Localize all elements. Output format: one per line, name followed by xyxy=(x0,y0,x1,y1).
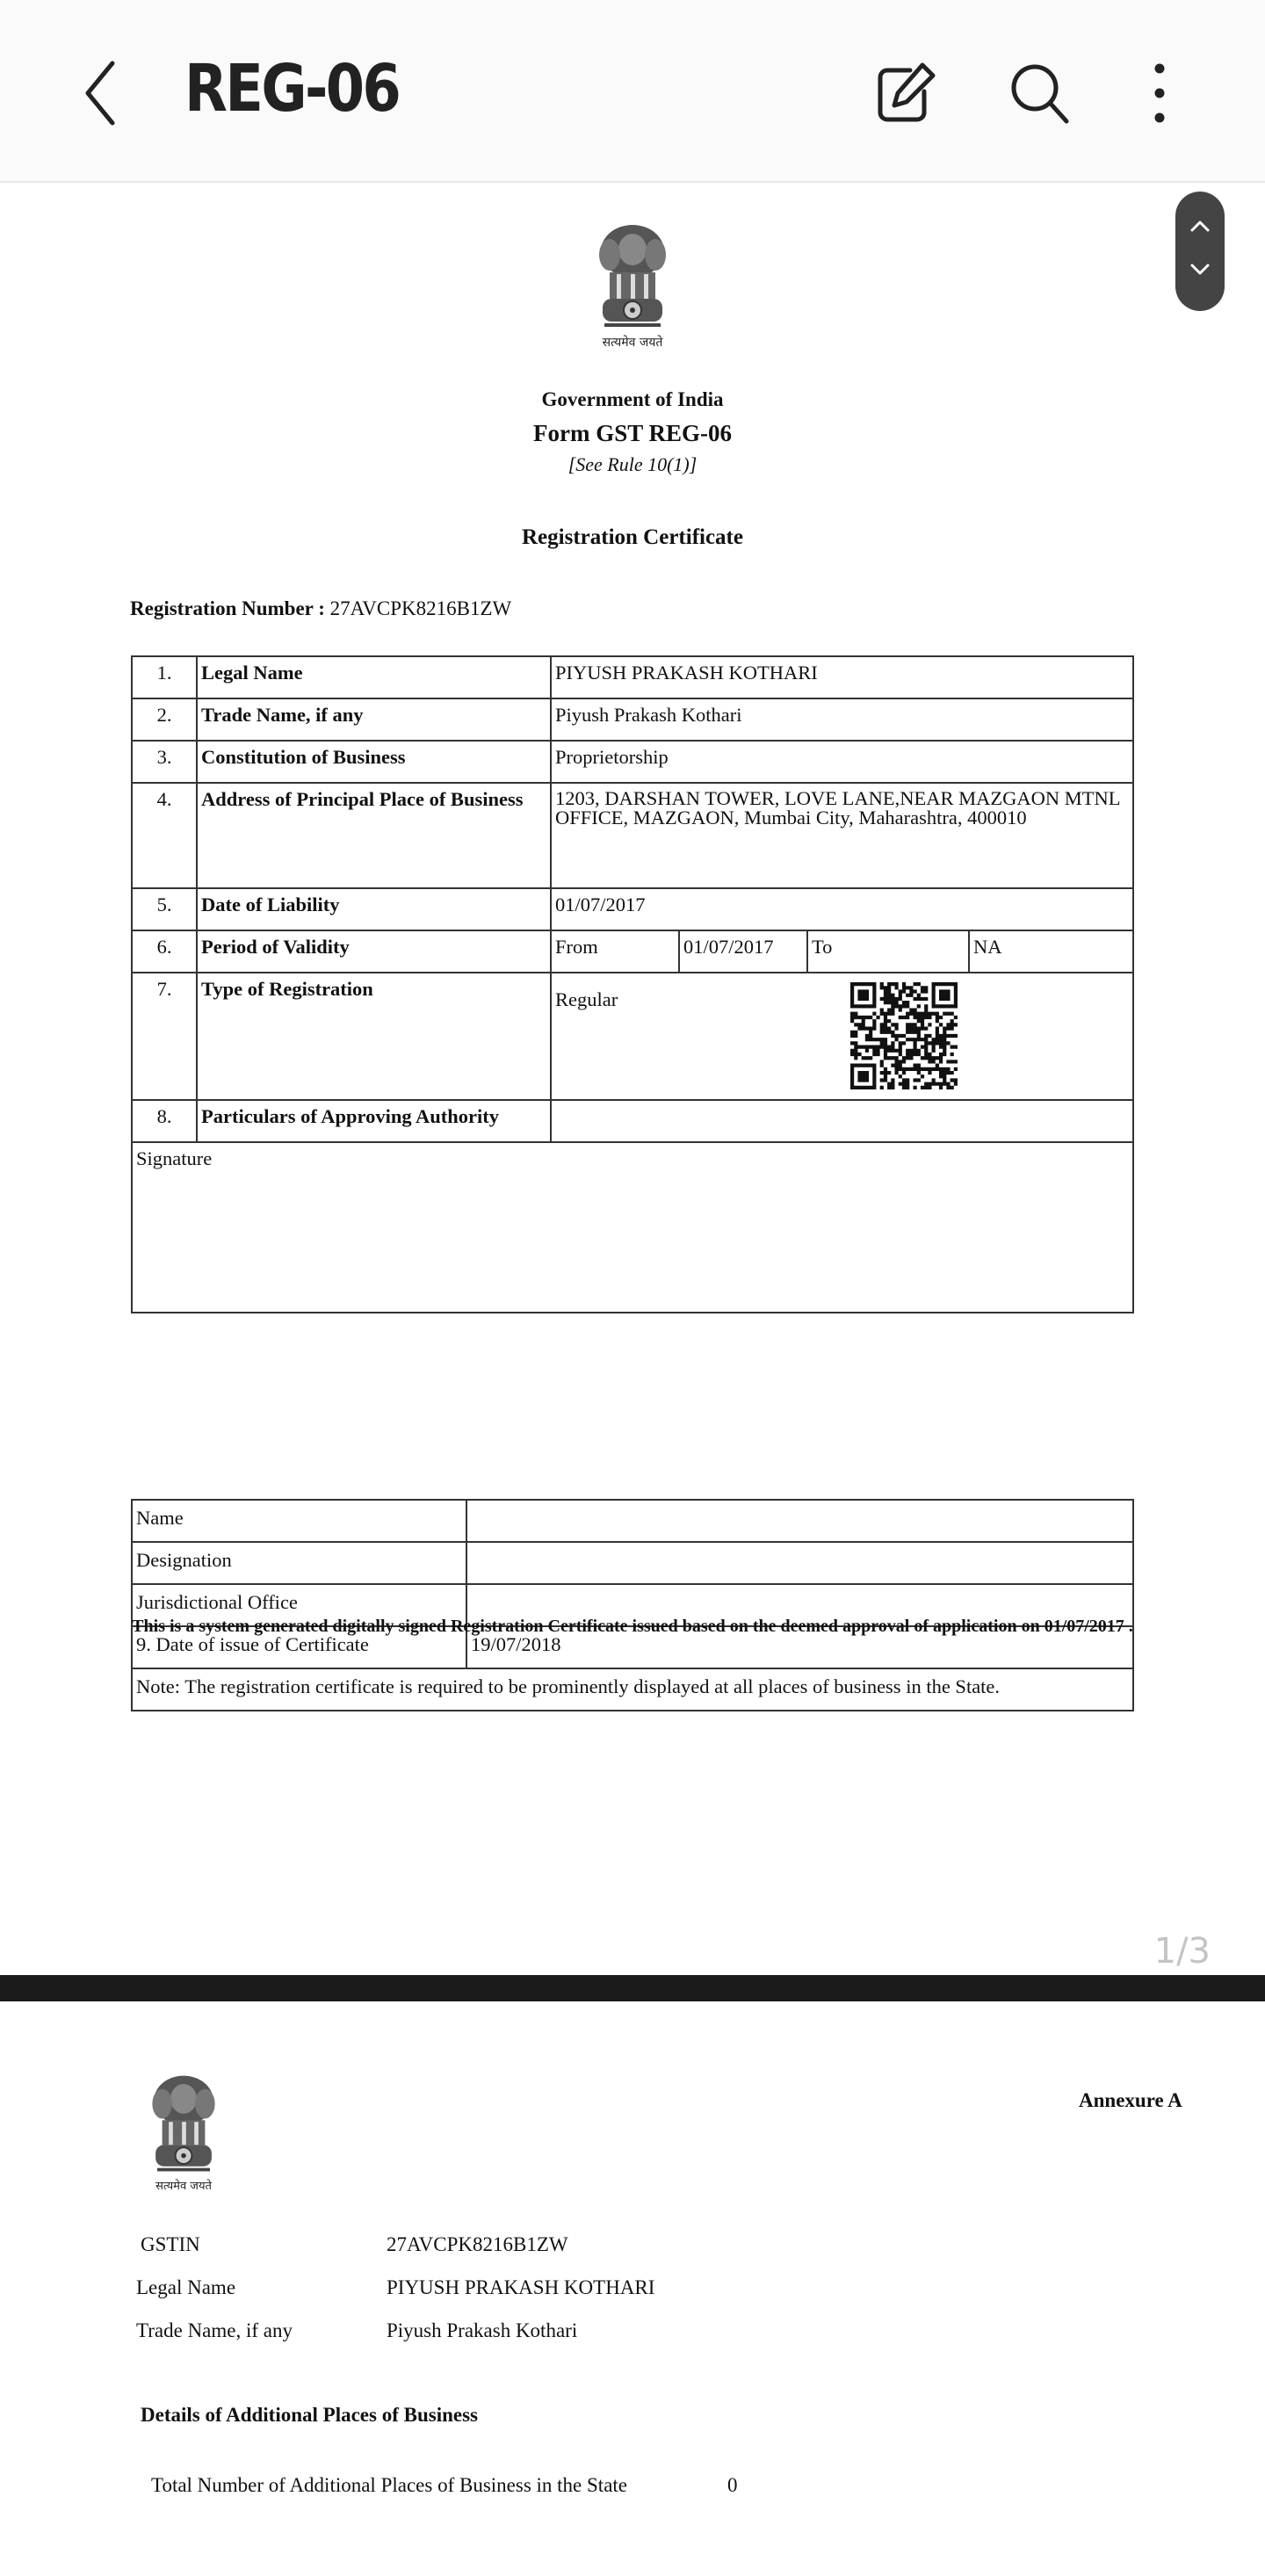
page-divider xyxy=(0,1975,1265,2001)
validity-from-value: 01/07/2017 xyxy=(679,930,807,973)
designation-label: Designation xyxy=(132,1542,466,1584)
form-title: Form GST REG-06 xyxy=(0,420,1265,447)
approving-authority-value xyxy=(551,1100,1133,1142)
table-row: 3. Constitution of Business Proprietorsh… xyxy=(132,741,1133,783)
table-row: 2. Trade Name, if any Piyush Prakash Kot… xyxy=(132,698,1133,741)
row-number: 4. xyxy=(132,783,197,888)
row-number: 1. xyxy=(132,656,197,698)
document-title: REG-06 xyxy=(184,51,399,127)
row-label: Trade Name, if any xyxy=(197,698,551,741)
emblem-motto: सत्यमेव जयते xyxy=(590,334,675,351)
emblem-motto: सत्यमेव जयते xyxy=(144,2177,223,2193)
authority-table: Name Designation Jurisdictional Office 9… xyxy=(131,1499,1134,1711)
legal-name-value: PIYUSH PRAKASH KOTHARI xyxy=(551,656,1133,698)
certificate-title: Registration Certificate xyxy=(0,525,1265,550)
row-label: Particulars of Approving Authority xyxy=(197,1100,551,1142)
chevron-left-icon xyxy=(77,58,126,128)
row-number: 8. xyxy=(132,1100,197,1142)
trade-name-value: Piyush Prakash Kothari xyxy=(551,698,1133,741)
more-options-button[interactable] xyxy=(1124,58,1195,128)
document-page-1: सत्यमेव जयते Government of India Form GS… xyxy=(0,185,1265,1975)
table-row: 6. Period of Validity From 01/07/2017 To… xyxy=(132,930,1133,973)
rule-reference: [See Rule 10(1)] xyxy=(0,453,1265,476)
row-label: Legal Name xyxy=(197,656,551,698)
table-row: 8. Particulars of Approving Authority xyxy=(132,1100,1133,1142)
signature-row: Signature xyxy=(132,1142,1133,1313)
legal-name-value: PIYUSH PRAKASH KOTHARI xyxy=(387,2276,654,2299)
page-indicator: 1/3 xyxy=(1154,1931,1211,1972)
name-label: Name xyxy=(132,1500,466,1542)
gstin-value: 27AVCPK8216B1ZW xyxy=(387,2233,568,2256)
edit-button[interactable] xyxy=(871,58,942,128)
national-emblem: सत्यमेव जयते xyxy=(590,221,675,353)
search-icon xyxy=(1005,58,1075,128)
row-label: Date of Liability xyxy=(197,888,551,930)
row-number: 2. xyxy=(132,698,197,741)
row-number: 6. xyxy=(132,930,197,973)
validity-to-label: To xyxy=(807,930,969,973)
chevron-down-icon xyxy=(1175,244,1225,293)
address-value: 1203, DARSHAN TOWER, LOVE LANE,NEAR MAZG… xyxy=(551,783,1133,888)
registration-type-value: Regular xyxy=(555,988,618,1010)
table-row: 4. Address of Principal Place of Busines… xyxy=(132,783,1133,888)
more-vertical-icon xyxy=(1124,58,1195,128)
registration-number-value: 27AVCPK8216B1ZW xyxy=(330,597,512,619)
validity-to-value: NA xyxy=(969,930,1133,973)
row-number: 7. xyxy=(132,973,197,1100)
government-heading: Government of India xyxy=(0,388,1265,411)
gstin-label: GSTIN xyxy=(141,2233,200,2256)
row-label: Type of Registration xyxy=(197,973,551,1100)
table-row: 5. Date of Liability 01/07/2017 xyxy=(132,888,1133,930)
back-button[interactable] xyxy=(77,58,126,128)
additional-places-heading: Details of Additional Places of Business xyxy=(141,2404,478,2427)
validity-from-label: From xyxy=(551,930,679,973)
total-places-value: 0 xyxy=(727,2474,738,2497)
qr-code xyxy=(850,982,958,1094)
registration-type-cell: Regular xyxy=(551,973,1133,1100)
registration-number-label: Registration Number : xyxy=(130,597,325,619)
designation-value xyxy=(466,1542,1133,1584)
table-row: Note: The registration certificate is re… xyxy=(132,1668,1133,1711)
row-label: Period of Validity xyxy=(197,930,551,973)
name-value xyxy=(466,1500,1133,1542)
table-row: Designation xyxy=(132,1542,1133,1584)
row-number: 5. xyxy=(132,888,197,930)
certificate-table: 1. Legal Name PIYUSH PRAKASH KOTHARI 2. … xyxy=(131,655,1134,1313)
edit-icon xyxy=(871,58,942,128)
row-label: Constitution of Business xyxy=(197,741,551,783)
page-scroller[interactable] xyxy=(1175,192,1225,311)
qr-code-icon xyxy=(850,982,958,1089)
registration-number: Registration Number : 27AVCPK8216B1ZW xyxy=(130,597,511,620)
system-generated-note: This is a system generated digitally sig… xyxy=(0,1617,1265,1637)
ashoka-emblem-icon xyxy=(144,2072,223,2175)
trade-name-label: Trade Name, if any xyxy=(136,2319,293,2342)
table-row: 1. Legal Name PIYUSH PRAKASH KOTHARI xyxy=(132,656,1133,698)
ashoka-emblem-icon xyxy=(590,221,675,330)
display-note: Note: The registration certificate is re… xyxy=(132,1668,1133,1711)
row-label: Address of Principal Place of Business xyxy=(197,783,551,888)
search-button[interactable] xyxy=(1005,58,1075,128)
table-row: 7. Type of Registration Regular xyxy=(132,973,1133,1100)
table-row: Name xyxy=(132,1500,1133,1542)
signature-label: Signature xyxy=(132,1142,1133,1313)
total-places-label: Total Number of Additional Places of Bus… xyxy=(151,2474,627,2497)
date-of-liability-value: 01/07/2017 xyxy=(551,888,1133,930)
next-page-button[interactable] xyxy=(1175,244,1225,293)
app-bar: REG-06 xyxy=(0,0,1265,183)
constitution-value: Proprietorship xyxy=(551,741,1133,783)
row-number: 3. xyxy=(132,741,197,783)
document-page-2: सत्यमेव जयते Annexure A GSTIN 27AVCPK821… xyxy=(0,2001,1265,2576)
trade-name-value: Piyush Prakash Kothari xyxy=(387,2319,577,2342)
annexure-title: Annexure A xyxy=(1079,2089,1182,2112)
national-emblem: सत्यमेव जयते xyxy=(144,2072,223,2195)
legal-name-label: Legal Name xyxy=(136,2276,235,2299)
